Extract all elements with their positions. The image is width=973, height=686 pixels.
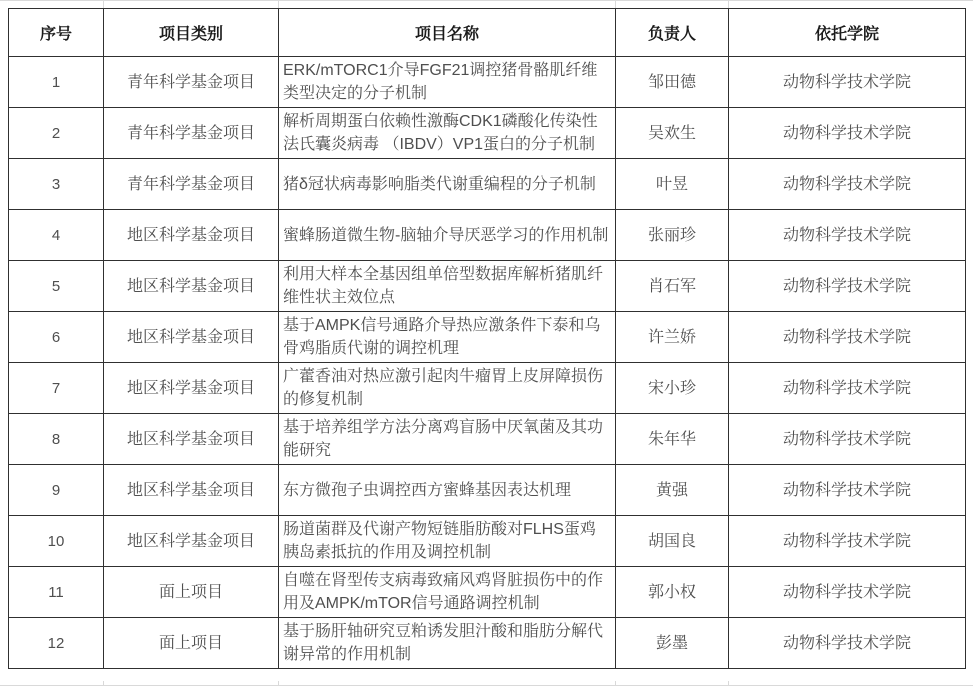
leader-cell: 张丽珍 [616,210,729,261]
row-index-cell: 1 [9,57,104,108]
row-index-cell: 6 [9,312,104,363]
row-index-cell: 5 [9,261,104,312]
gridline [728,0,729,8]
project-category-cell: 地区科学基金项目 [104,414,279,465]
row-index-cell: 10 [9,516,104,567]
project-name-cell: 基于AMPK信号通路介导热应激条件下泰和乌骨鸡脂质代谢的调控机理 [279,312,616,363]
row-index-cell: 2 [9,108,104,159]
projects-table: 序号 项目类别 项目名称 负责人 依托学院 1 青年科学基金项目 ERK/mTO… [8,8,966,669]
table-row: 4 地区科学基金项目 蜜蜂肠道微生物-脑轴介导厌恶学习的作用机制 张丽珍 动物科… [9,210,966,261]
gridline [728,681,729,686]
leader-cell: 邹田德 [616,57,729,108]
gridline [278,0,279,8]
project-name-cell: ERK/mTORC1介导FGF21调控猪骨骼肌纤维类型决定的分子机制 [279,57,616,108]
project-category-cell: 地区科学基金项目 [104,465,279,516]
project-name-cell: 基于培养组学方法分离鸡盲肠中厌氧菌及其功能研究 [279,414,616,465]
gridline [615,0,616,8]
leader-cell: 郭小权 [616,567,729,618]
spreadsheet-view: 序号 项目类别 项目名称 负责人 依托学院 1 青年科学基金项目 ERK/mTO… [0,0,973,686]
project-category-cell: 地区科学基金项目 [104,363,279,414]
college-cell: 动物科学技术学院 [729,312,966,363]
project-category-cell: 青年科学基金项目 [104,57,279,108]
table-row: 6 地区科学基金项目 基于AMPK信号通路介导热应激条件下泰和乌骨鸡脂质代谢的调… [9,312,966,363]
project-category-cell: 地区科学基金项目 [104,312,279,363]
project-name-cell: 东方微孢子虫调控西方蜜蜂基因表达机理 [279,465,616,516]
project-name-cell: 肠道菌群及代谢产物短链脂肪酸对FLHS蛋鸡胰岛素抵抗的作用及调控机制 [279,516,616,567]
project-category-cell: 青年科学基金项目 [104,108,279,159]
college-cell: 动物科学技术学院 [729,363,966,414]
table-row: 2 青年科学基金项目 解析周期蛋白依赖性激酶CDK1磷酸化传染性法氏囊炎病毒 （… [9,108,966,159]
college-cell: 动物科学技术学院 [729,567,966,618]
project-category-cell: 地区科学基金项目 [104,261,279,312]
project-name-cell: 广藿香油对热应激引起肉牛瘤胃上皮屏障损伤的修复机制 [279,363,616,414]
college-cell: 动物科学技术学院 [729,108,966,159]
table-row: 3 青年科学基金项目 猪δ冠状病毒影响脂类代谢重编程的分子机制 叶昱 动物科学技… [9,159,966,210]
leader-cell: 吴欢生 [616,108,729,159]
project-name-cell: 利用大样本全基因组单倍型数据库解析猪肌纤维性状主效位点 [279,261,616,312]
college-cell: 动物科学技术学院 [729,159,966,210]
college-cell: 动物科学技术学院 [729,210,966,261]
table-row: 9 地区科学基金项目 东方微孢子虫调控西方蜜蜂基因表达机理 黄强 动物科学技术学… [9,465,966,516]
table-row: 7 地区科学基金项目 广藿香油对热应激引起肉牛瘤胃上皮屏障损伤的修复机制 宋小珍… [9,363,966,414]
project-name-cell: 蜜蜂肠道微生物-脑轴介导厌恶学习的作用机制 [279,210,616,261]
project-category-cell: 面上项目 [104,618,279,669]
project-category-cell: 地区科学基金项目 [104,210,279,261]
table-header-row: 序号 项目类别 项目名称 负责人 依托学院 [9,9,966,57]
project-name-cell: 基于肠肝轴研究豆粕诱发胆汁酸和脂肪分解代谢异常的作用机制 [279,618,616,669]
row-index-cell: 7 [9,363,104,414]
gridline [615,681,616,686]
gridline [103,681,104,686]
project-name-cell: 猪δ冠状病毒影响脂类代谢重编程的分子机制 [279,159,616,210]
row-index-cell: 8 [9,414,104,465]
leader-cell: 宋小珍 [616,363,729,414]
leader-cell: 黄强 [616,465,729,516]
leader-cell: 叶昱 [616,159,729,210]
gridline [0,0,973,1]
row-index-cell: 4 [9,210,104,261]
table-row: 1 青年科学基金项目 ERK/mTORC1介导FGF21调控猪骨骼肌纤维类型决定… [9,57,966,108]
col-header-college: 依托学院 [729,9,966,57]
leader-cell: 胡国良 [616,516,729,567]
row-index-cell: 11 [9,567,104,618]
project-name-cell: 自噬在肾型传支病毒致痛风鸡肾脏损伤中的作用及AMPK/mTOR信号通路调控机制 [279,567,616,618]
leader-cell: 朱年华 [616,414,729,465]
project-category-cell: 地区科学基金项目 [104,516,279,567]
project-category-cell: 面上项目 [104,567,279,618]
col-header-index: 序号 [9,9,104,57]
table-row: 10 地区科学基金项目 肠道菌群及代谢产物短链脂肪酸对FLHS蛋鸡胰岛素抵抗的作… [9,516,966,567]
college-cell: 动物科学技术学院 [729,516,966,567]
col-header-category: 项目类别 [104,9,279,57]
leader-cell: 肖石军 [616,261,729,312]
row-index-cell: 3 [9,159,104,210]
college-cell: 动物科学技术学院 [729,414,966,465]
col-header-leader: 负责人 [616,9,729,57]
leader-cell: 许兰娇 [616,312,729,363]
table-row: 5 地区科学基金项目 利用大样本全基因组单倍型数据库解析猪肌纤维性状主效位点 肖… [9,261,966,312]
college-cell: 动物科学技术学院 [729,465,966,516]
college-cell: 动物科学技术学院 [729,57,966,108]
college-cell: 动物科学技术学院 [729,261,966,312]
project-category-cell: 青年科学基金项目 [104,159,279,210]
table-row: 12 面上项目 基于肠肝轴研究豆粕诱发胆汁酸和脂肪分解代谢异常的作用机制 彭墨 … [9,618,966,669]
project-name-cell: 解析周期蛋白依赖性激酶CDK1磷酸化传染性法氏囊炎病毒 （IBDV）VP1蛋白的… [279,108,616,159]
gridline [278,681,279,686]
college-cell: 动物科学技术学院 [729,618,966,669]
row-index-cell: 12 [9,618,104,669]
leader-cell: 彭墨 [616,618,729,669]
row-index-cell: 9 [9,465,104,516]
gridline [103,0,104,8]
col-header-name: 项目名称 [279,9,616,57]
table-row: 8 地区科学基金项目 基于培养组学方法分离鸡盲肠中厌氧菌及其功能研究 朱年华 动… [9,414,966,465]
table-row: 11 面上项目 自噬在肾型传支病毒致痛风鸡肾脏损伤中的作用及AMPK/mTOR信… [9,567,966,618]
